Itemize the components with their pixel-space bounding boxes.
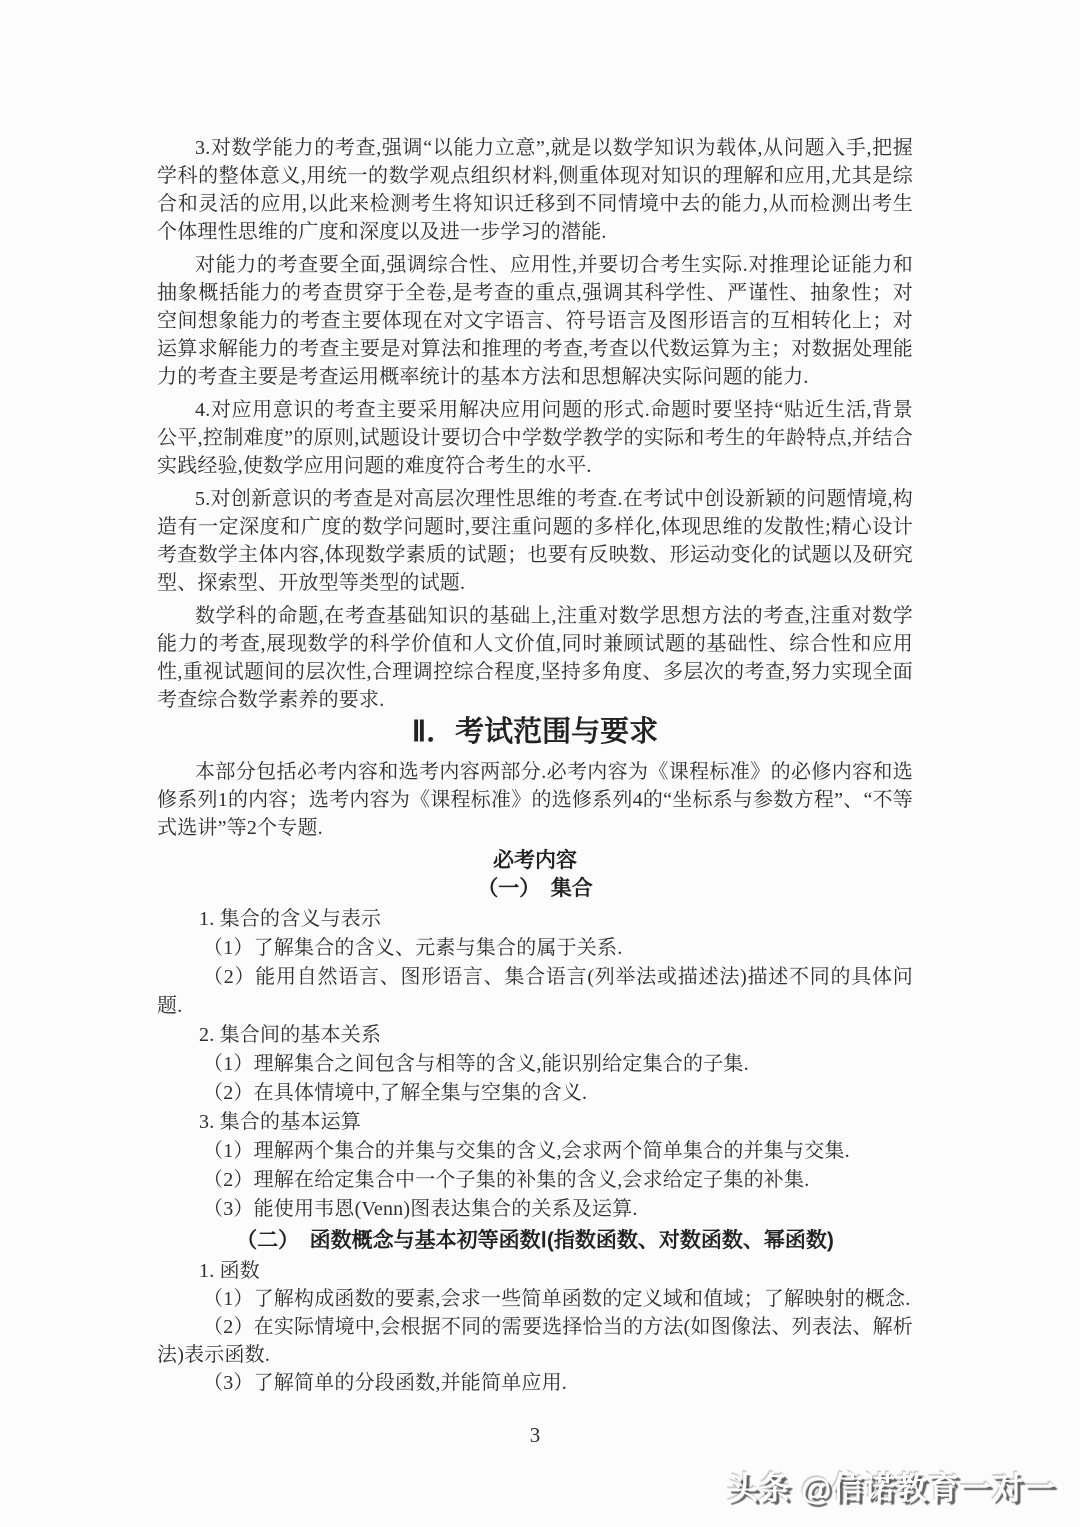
list-item: （1）了解构成函数的要素,会求一些简单函数的定义域和值域；了解映射的概念. [157,1285,913,1313]
paragraph: 对能力的考查要全面,强调综合性、应用性,并要切合考生实际.对推理论证能力和抽象概… [157,251,913,391]
watermark: 头条 @信诺教育一对一 [727,1463,1056,1508]
list-item: 2. 集合间的基本关系 [157,1021,913,1050]
list-item: （1）理解集合之间包含与相等的含义,能识别给定集合的子集. [157,1050,913,1079]
paragraph: 5.对创新意识的考查是对高层次理性思维的考查.在考试中创设新颖的问题情境,构造有… [157,485,913,597]
paragraph: 3.对数学能力的考查,强调“以能力立意”,就是以数学知识为载体,从问题入手,把握… [157,134,913,246]
page-number: 3 [157,1421,913,1449]
paragraph: 4.对应用意识的考查主要采用解决应用问题的形式.命题时要坚持“贴近生活,背景公平… [157,396,913,480]
sets-requirements-list: 1. 集合的含义与表示 （1）了解集合的含义、元素与集合的属于关系. （2）能用… [157,905,913,1224]
list-item: 1. 集合的含义与表示 [157,905,913,934]
subsection-sets-heading: （一） 集合 [157,875,913,903]
list-item: （1）理解两个集合的并集与交集的含义,会求两个简单集合的并集与交集. [157,1137,913,1166]
subsection-functions-heading: （二） 函数概念与基本初等函数Ⅰ(指数函数、对数函数、幂函数) [157,1227,913,1255]
list-item: （3）了解简单的分段函数,并能简单应用. [157,1369,913,1397]
list-item: （3）能使用韦恩(Venn)图表达集合的关系及运算. [157,1195,913,1224]
list-item: （2）能用自然语言、图形语言、集合语言(列举法或描述法)描述不同的具体问题. [157,963,913,1021]
list-item: （2）在具体情境中,了解全集与空集的含义. [157,1079,913,1108]
section-ii-heading: Ⅱ．考试范围与要求 [157,713,913,751]
list-item: 3. 集合的基本运算 [157,1108,913,1137]
document-content: 3.对数学能力的考查,强调“以能力立意”,就是以数学知识为载体,从问题入手,把握… [157,134,913,1449]
list-item: （2）在实际情境中,会根据不同的需要选择恰当的方法(如图像法、列表法、解析法)表… [157,1313,913,1369]
list-item: 1. 函数 [157,1257,913,1285]
document-page: 3.对数学能力的考查,强调“以能力立意”,就是以数学知识为载体,从问题入手,把握… [0,0,1080,1527]
functions-requirements-list: 1. 函数 （1）了解构成函数的要素,会求一些简单函数的定义域和值域；了解映射的… [157,1257,913,1397]
intro-paragraph: 本部分包括必考内容和选考内容两部分.必考内容为《课程标准》的必修内容和选修系列1… [157,758,913,842]
paragraph: 数学科的命题,在考查基础知识的基础上,注重对数学思想方法的考查,注重对数学能力的… [157,602,913,714]
required-content-heading: 必考内容 [157,847,913,875]
list-item: （2）理解在给定集合中一个子集的补集的含义,会求给定子集的补集. [157,1166,913,1195]
list-item: （1）了解集合的含义、元素与集合的属于关系. [157,934,913,963]
